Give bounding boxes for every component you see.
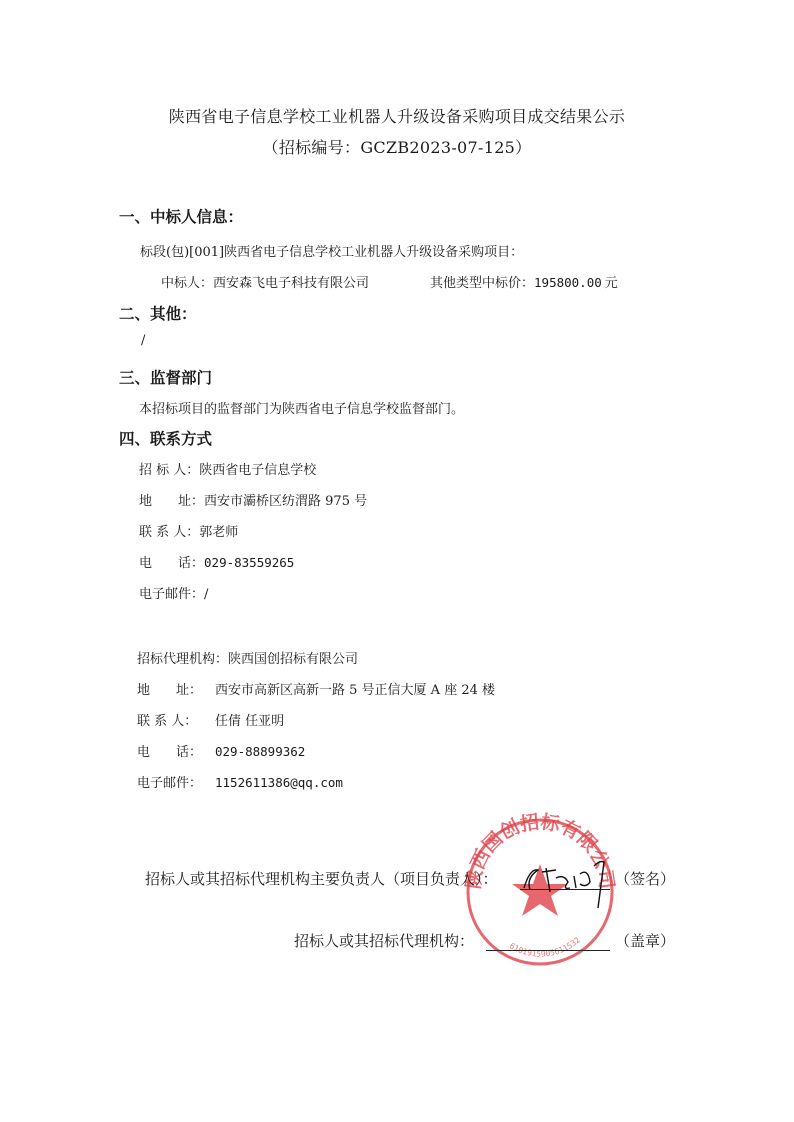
section-heading-supervision: 三、监督部门 [119,366,212,388]
tenderer-address-label: 地 址： [139,490,204,509]
agency-address-row: 地 址：西安市高新区高新一路 5 号正信大厦 A 座 24 楼 [137,679,495,698]
tenderer-phone-label: 电 话： [139,552,204,571]
tenderer-address-row: 地 址：西安市灞桥区纺渭路 975 号 [139,490,367,509]
price-value: 195800.00 [534,275,602,290]
price-line: 其他类型中标价：195800.00元 [430,272,618,291]
agency-email-label: 电子邮件： [137,772,215,791]
winner-line: 中标人：西安森飞电子科技有限公司 [161,272,369,291]
agency-address-value: 西安市高新区高新一路 5 号正信大厦 A 座 24 楼 [215,683,495,698]
sign-suffix: （签名） [615,868,675,889]
responsible-label: 招标人或其招标代理机构主要负责人（项目负责人）： [145,868,498,889]
winner-label: 中标人： [161,276,213,291]
supervision-content: 本招标项目的监督部门为陕西省电子信息学校监督部门。 [139,398,464,417]
seal-line [486,950,610,951]
other-content: / [141,333,145,348]
agency-contact-value: 任倩 任亚明 [215,714,284,729]
tenderer-email-row: 电子邮件：/ [139,583,208,602]
tenderer-contact-value: 郭老师 [199,525,238,540]
agency-contact-label: 联 系 人： [137,710,215,729]
agency-phone-label: 电 话： [137,741,215,760]
agency-name-value: 陕西国创招标有限公司 [228,652,358,667]
tenderer-name-value: 陕西省电子信息学校 [199,463,316,478]
seal-suffix: （盖章） [615,930,675,951]
tenderer-contact-row: 联 系 人：郭老师 [139,521,238,540]
tenderer-email-value: / [204,587,208,602]
svg-text:6101915905611532: 6101915905611532 [508,935,582,958]
agency-email-row: 电子邮件：1152611386@qq.com [137,772,343,791]
tenderer-contact-label: 联 系 人： [139,521,199,540]
agency-contact-row: 联 系 人：任倩 任亚明 [137,710,284,729]
tenderer-phone-value: 029-83559265 [204,555,294,570]
section-heading-contact: 四、联系方式 [119,427,212,449]
lot-line: 标段(包)[001]陕西省电子信息学校工业机器人升级设备采购项目： [140,241,523,260]
agency-name-label: 招标代理机构： [137,648,228,667]
document-title: 陕西省电子信息学校工业机器人升级设备采购项目成交结果公示 [0,104,794,127]
agency-name-row: 招标代理机构：陕西国创招标有限公司 [137,648,358,667]
tenderer-phone-row: 电 话：029-83559265 [139,552,294,571]
agency-phone-value: 029-88899362 [215,744,305,759]
section-heading-other: 二、其他： [119,302,197,324]
agency-email-value: 1152611386@qq.com [215,775,343,790]
price-label: 其他类型中标价： [430,276,534,291]
winner-value: 西安森飞电子科技有限公司 [213,276,369,291]
tenderer-email-label: 电子邮件： [139,583,204,602]
agency-phone-row: 电 话：029-88899362 [137,741,305,760]
agency-address-label: 地 址： [137,679,215,698]
bid-number: （招标编号：GCZB2023-07-125） [0,135,794,158]
price-unit: 元 [605,276,618,291]
tenderer-name-row: 招 标 人：陕西省电子信息学校 [139,459,316,478]
tenderer-address-value: 西安市灞桥区纺渭路 975 号 [204,494,367,509]
handwritten-signature [516,848,616,918]
agency-seal-label: 招标人或其招标代理机构： [294,930,474,951]
tenderer-name-label: 招 标 人： [139,459,199,478]
section-heading-winner: 一、中标人信息： [119,205,243,227]
